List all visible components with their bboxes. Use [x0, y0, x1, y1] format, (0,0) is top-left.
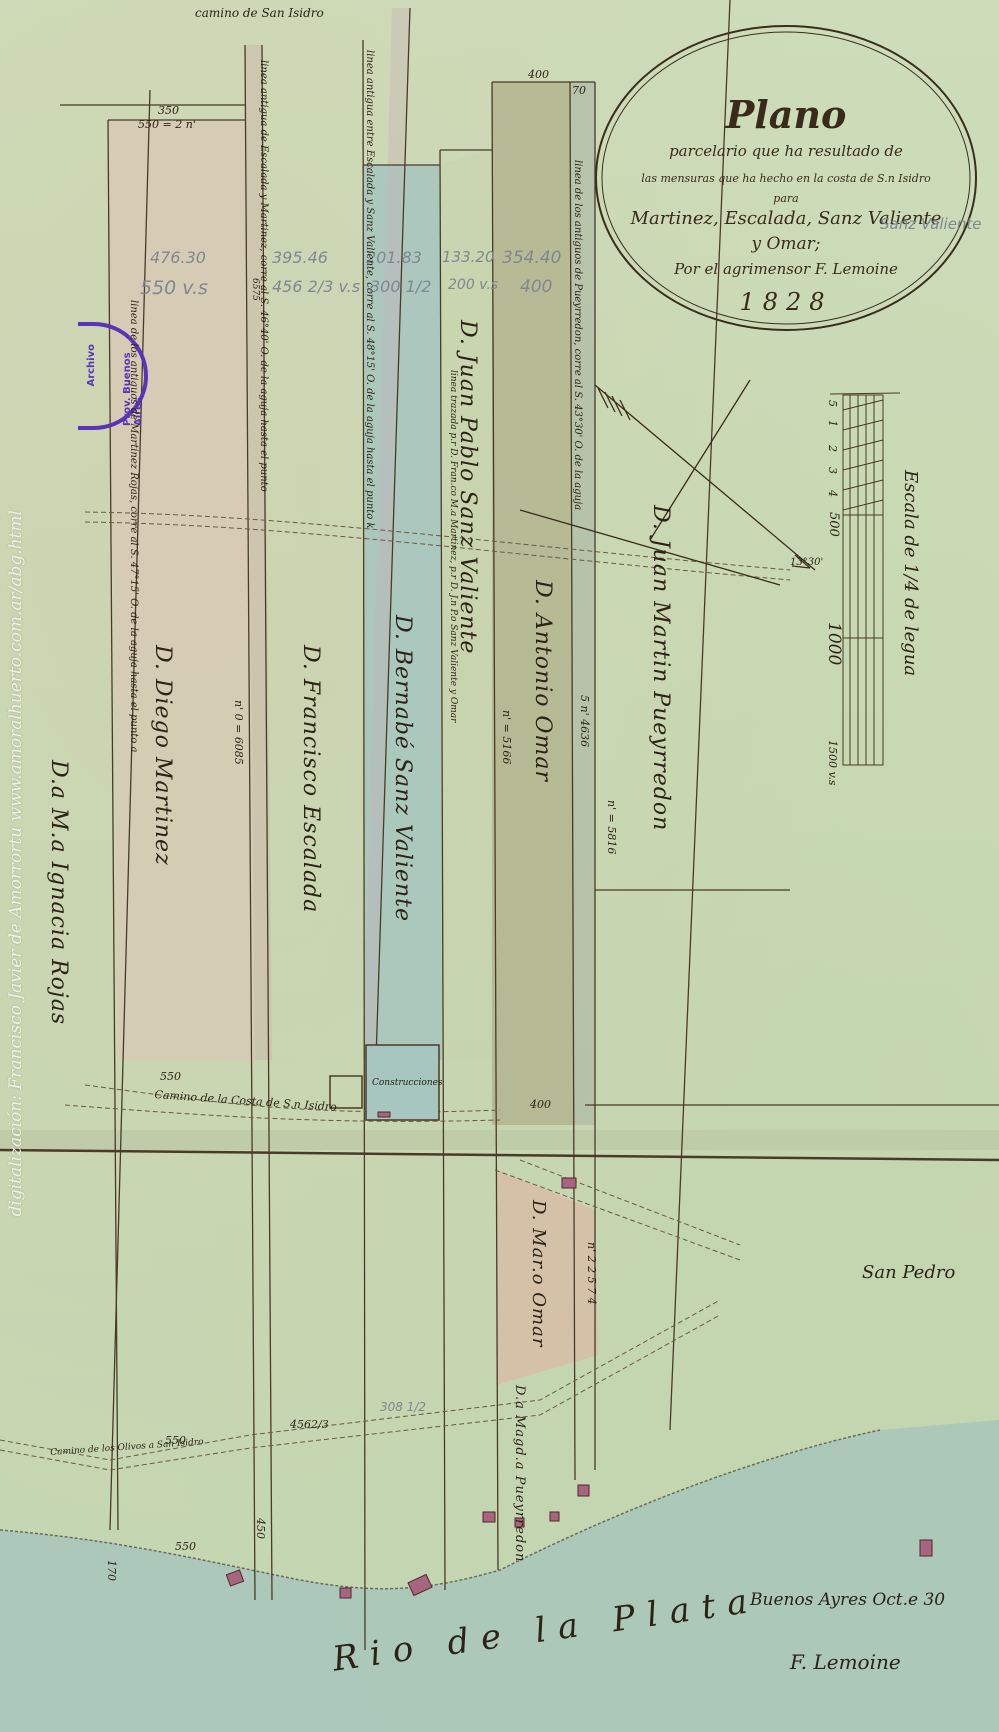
ink-measure: 400 — [530, 1098, 551, 1111]
road-label: camino de San Isidro — [195, 6, 324, 20]
ink-measure: n' = 5166 — [500, 710, 513, 764]
owner-label: D.a M.a Ignacia Rojas — [46, 760, 71, 1025]
boundary-note: linea trazada p.r D. Fran.co M.a Martine… — [448, 370, 458, 722]
pencil-measure: 550 v.s — [140, 277, 208, 299]
boundary-note: linea de los antiguos de Pueyrredon, cor… — [572, 160, 583, 510]
pencil-measure: 395.46 — [272, 248, 328, 267]
scale-title: Escala de 1/4 de legua — [900, 470, 921, 676]
scale-tick: 5 — [826, 400, 839, 407]
place-label: Construcciones — [372, 1078, 443, 1088]
digitization-credit: digitalización: Francisco Javier de Amor… — [6, 510, 26, 1216]
title-cartouche: Plano parcelario que ha resultado de las… — [595, 22, 977, 334]
owner-label: D. Bernabé Sanz Valiente — [390, 615, 415, 922]
ink-measure: 350 — [158, 104, 179, 117]
ink-measure: 4562/3 — [290, 1418, 329, 1431]
ink-measure: 450 — [254, 1518, 267, 1539]
ink-measure: n' 0 = 6085 — [232, 700, 245, 765]
title-line-1: parcelario que ha resultado de — [595, 142, 977, 160]
title-year: 1828 — [595, 288, 977, 316]
ink-measure: 550 = 2 n' — [138, 118, 196, 131]
title-line-5: y Omar; — [595, 234, 977, 254]
ink-measure: 70 — [572, 84, 586, 97]
owner-label: D. Antonio Omar — [530, 580, 555, 782]
owner-label: D. Diego Martinez — [150, 645, 175, 866]
owner-label: D. Francisco Escalada — [298, 645, 323, 913]
title-line-3: para — [595, 192, 977, 205]
title-surveyor: Por el agrimensor F. Lemoine — [595, 260, 977, 278]
ink-measure: 550 — [160, 1070, 181, 1083]
boundary-note: linea antigua de Escalada y Martinez, co… — [258, 60, 269, 492]
scale-tick: 500 — [826, 512, 841, 537]
river-area — [0, 1420, 999, 1732]
ink-measure: 5 n' 4636 — [578, 695, 591, 747]
scale-tick: 1 — [826, 420, 839, 427]
owner-label: D.a Magd.a Pueyrredon — [512, 1385, 527, 1563]
ink-measure: n' = 5816 — [605, 800, 618, 854]
pencil-measure: 354.40 — [502, 248, 561, 268]
signature-san-pedro: San Pedro — [862, 1262, 955, 1283]
ink-measure: 400 — [528, 68, 549, 81]
pencil-measure: 476.30 — [150, 248, 206, 267]
scale-tick: 1500 v.s — [826, 740, 839, 786]
date-line: Buenos Ayres Oct.e 30 — [750, 1590, 945, 1610]
owner-label: D. Juan Martin Pueyrredon — [648, 505, 673, 831]
pencil-measure: 200 v.s — [448, 277, 498, 293]
pencil-annotation: Sanz Valiente — [880, 215, 982, 233]
historical-map: Plano parcelario que ha resultado de las… — [0, 0, 999, 1732]
signature-lemoine: F. Lemoine — [790, 1650, 901, 1674]
pencil-measure: 308 1/2 — [380, 1400, 426, 1414]
scale-tick: 4 — [826, 490, 839, 497]
ink-measure: 170 — [105, 1560, 118, 1581]
boundary-note: linea de los antiguos de Martinez Rojas,… — [128, 300, 139, 752]
ink-measure: n' 2 2 5 7 4 — [585, 1242, 598, 1305]
pencil-measure: 300 1/2 — [370, 277, 431, 296]
owner-label: D. Mar.o Omar — [528, 1200, 549, 1347]
pencil-measure: 400 — [520, 277, 552, 297]
compass-bearing: 13°30' — [790, 557, 823, 568]
boundary-note: linea antigua entre Escalada y Sanz Vali… — [364, 50, 375, 529]
scale-tick: 3 — [826, 467, 839, 474]
ink-measure: 550 — [175, 1540, 196, 1553]
scale-tick: 1000 — [824, 622, 844, 665]
pencil-measure: 133.20 — [442, 248, 495, 266]
owner-label: D. Juan Pablo Sanz Valiente — [455, 320, 480, 654]
pencil-measure: 456 2/3 v.s — [272, 277, 360, 296]
map-title: Plano — [595, 92, 977, 137]
title-line-2: las mensuras que ha hecho en la costa de… — [595, 172, 977, 185]
scale-tick: 2 — [826, 445, 839, 452]
